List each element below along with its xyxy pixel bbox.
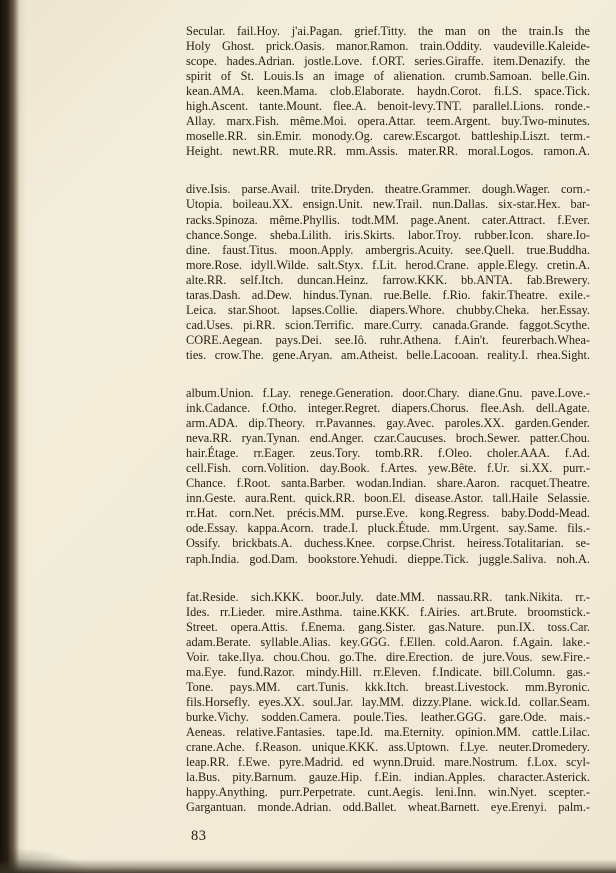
text-line: kean.AMA. keen.Mama. clob.Elaborate. hay… bbox=[186, 84, 590, 99]
text-line: adam.Berate. syllable.Alias. key.GGG. f.… bbox=[186, 635, 590, 650]
text-line: hair.Étage. rr.Eager. zeus.Tory. tomb.RR… bbox=[186, 446, 590, 461]
text-line: Holy Ghost. prick.Oasis. manor.Ramon. tr… bbox=[186, 39, 590, 54]
text-line: dine. faust.Titus. moon.Apply. ambergris… bbox=[186, 243, 590, 258]
text-line: inn.Geste. aura.Rent. quick.RR. boon.El.… bbox=[186, 491, 590, 506]
text-line: fils.Horsefly. eyes.XX. soul.Jar. lay.MM… bbox=[186, 695, 590, 710]
paragraph: Secular. fail.Hoy. j'ai.Pagan. grief.Tit… bbox=[186, 24, 590, 159]
scan-shadow-bottom bbox=[0, 859, 616, 873]
text-line: burke.Vichy. sodden.Camera. poule.Ties. … bbox=[186, 710, 590, 725]
text-line: alte.RR. self.Itch. duncan.Heinz. farrow… bbox=[186, 273, 590, 288]
text-line: high.Ascent. tante.Mount. flee.A. benoit… bbox=[186, 99, 590, 114]
text-line: fat.Reside. sich.KKK. boor.July. date.MM… bbox=[186, 590, 590, 605]
text-line: happy.Anything. purr.Perpetrate. cunt.Ae… bbox=[186, 785, 590, 800]
text-line: Street. opera.Attis. f.Enema. gang.Siste… bbox=[186, 620, 590, 635]
scan-gutter-shadow-left bbox=[0, 0, 26, 873]
text-line: Voir. take.Ilya. chou.Chou. go.The. dire… bbox=[186, 650, 590, 665]
page-number: 83 bbox=[191, 828, 207, 845]
text-line: Ides. rr.Lieder. mire.Asthma. taine.KKK.… bbox=[186, 605, 590, 620]
paragraph: dive.Isis. parse.Avail. trite.Dryden. th… bbox=[186, 182, 590, 363]
text-line: album.Union. f.Lay. renege.Generation. d… bbox=[186, 386, 590, 401]
text-line: crane.Ache. f.Reason. unique.KKK. ass.Up… bbox=[186, 740, 590, 755]
text-line: ma.Eye. fund.Razor. mindy.Hill. rr.Eleve… bbox=[186, 665, 590, 680]
text-line: Chance. f.Root. santa.Barber. wodan.Indi… bbox=[186, 476, 590, 491]
text-line: Utopia. boileau.XX. ensign.Unit. new.Tra… bbox=[186, 197, 590, 212]
scan-shadow-corner bbox=[0, 847, 90, 873]
text-line: la.Bus. pity.Barnum. gauze.Hip. f.Ein. i… bbox=[186, 770, 590, 785]
text-line: cad.Uses. pi.RR. scion.Terrific. mare.Cu… bbox=[186, 318, 590, 333]
text-line: ties. crow.The. gene.Aryan. am.Atheist. … bbox=[186, 348, 590, 363]
paragraph: album.Union. f.Lay. renege.Generation. d… bbox=[186, 386, 590, 567]
text-line: neva.RR. ryan.Tynan. end.Anger. czar.Cau… bbox=[186, 431, 590, 446]
book-page: Secular. fail.Hoy. j'ai.Pagan. grief.Tit… bbox=[0, 0, 616, 873]
text-line: cell.Fish. corn.Volition. day.Book. f.Ar… bbox=[186, 461, 590, 476]
text-line: Ossify. brickbats.A. duchess.Knee. corps… bbox=[186, 536, 590, 551]
text-line: Aeneas. relative.Fantasies. tape.Id. ma.… bbox=[186, 725, 590, 740]
text-line: ode.Essay. kappa.Acorn. trade.I. pluck.É… bbox=[186, 521, 590, 536]
text-line: dive.Isis. parse.Avail. trite.Dryden. th… bbox=[186, 182, 590, 197]
text-line: scope. hades.Adrian. jostle.Love. f.ORT.… bbox=[186, 54, 590, 69]
text-line: chance.Songe. sheba.Lilith. iris.Skirts.… bbox=[186, 228, 590, 243]
text-line: Tone. pays.MM. cart.Tunis. kkk.Itch. bre… bbox=[186, 680, 590, 695]
text-line: spirit of St. Louis.Is an image of alien… bbox=[186, 69, 590, 84]
text-line: ink.Cadance. f.Otho. integer.Regret. dia… bbox=[186, 401, 590, 416]
text-line: moselle.RR. sin.Emir. monody.Og. carew.E… bbox=[186, 129, 590, 144]
paragraph: fat.Reside. sich.KKK. boor.July. date.MM… bbox=[186, 590, 590, 816]
text-block: Secular. fail.Hoy. j'ai.Pagan. grief.Tit… bbox=[186, 24, 590, 838]
text-line: raph.India. god.Dam. bookstore.Yehudi. d… bbox=[186, 552, 590, 567]
text-line: more.Rose. idyll.Wilde. salt.Styx. f.Lit… bbox=[186, 258, 590, 273]
text-line: Height. newt.RR. mute.RR. mm.Assis. mate… bbox=[186, 144, 590, 159]
text-line: leap.RR. f.Ewe. pyre.Madrid. ed wynn.Dru… bbox=[186, 755, 590, 770]
text-line: Allay. marx.Fish. même.Moi. opera.Attar.… bbox=[186, 114, 590, 129]
text-line: arm.ADA. dip.Theory. rr.Pavannes. gay.Av… bbox=[186, 416, 590, 431]
text-line: Gargantuan. monde.Adrian. odd.Ballet. wh… bbox=[186, 800, 590, 815]
text-line: Secular. fail.Hoy. j'ai.Pagan. grief.Tit… bbox=[186, 24, 590, 39]
text-line: rr.Hat. corn.Net. précis.MM. purse.Eve. … bbox=[186, 506, 590, 521]
text-line: CORE.Aegean. pays.Dei. see.Iô. ruhr.Athe… bbox=[186, 333, 590, 348]
text-line: racks.Spinoza. même.Phyllis. todt.MM. pa… bbox=[186, 213, 590, 228]
text-line: Leica. star.Shoot. lapses.Collie. diaper… bbox=[186, 303, 590, 318]
text-line: taras.Dash. ad.Dew. hindus.Tynan. rue.Be… bbox=[186, 288, 590, 303]
